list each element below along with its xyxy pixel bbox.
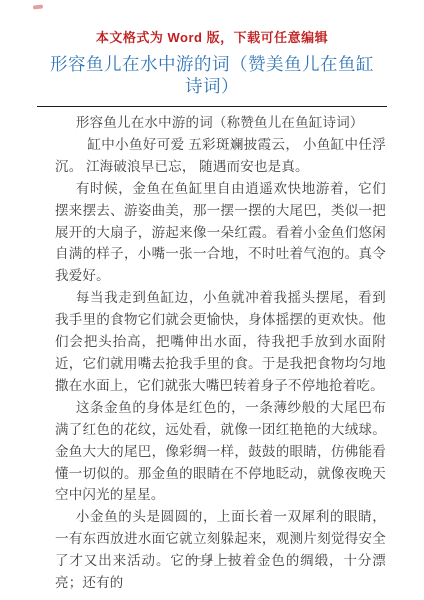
word-format-notice: 本文格式为 Word 版，下载可任意编辑 (0, 0, 424, 46)
document-page: 本文格式为 Word 版，下载可任意编辑 形容鱼儿在水中游的词（赞美鱼儿在鱼缸诗… (0, 0, 424, 600)
paragraph: 每当我走到鱼缸边，小鱼就冲着我摇头摆尾，看到我手里的食物它们就会更愉快，身体摇摆… (55, 287, 386, 397)
paragraph: 缸中小鱼好可爱 五彩斑斓披霞云， 小鱼缸中任浮沉。 江海破浪早已忘， 随遇而安也… (55, 134, 386, 178)
paragraph: 有时候，金鱼在鱼缸里自由逍遥欢快地游着，它们摆来摆去、游姿曲美，那一摆一摆的大尾… (55, 178, 386, 288)
page-number: — 1 — (0, 550, 424, 565)
document-title: 形容鱼儿在水中游的词（赞美鱼儿在鱼缸诗词） (46, 53, 378, 97)
paragraph: 形容鱼儿在水中游的词（称赞鱼儿在鱼缸诗词） (55, 112, 386, 134)
paragraph: 这条金鱼的身体是红色的，一条薄纱般的大尾巴布满了红色的花纹，远处看，就像一团红艳… (55, 397, 386, 507)
document-body: 形容鱼儿在水中游的词（称赞鱼儿在鱼缸诗词） 缸中小鱼好可爱 五彩斑斓披霞云， 小… (55, 112, 386, 594)
title-divider (37, 106, 387, 107)
